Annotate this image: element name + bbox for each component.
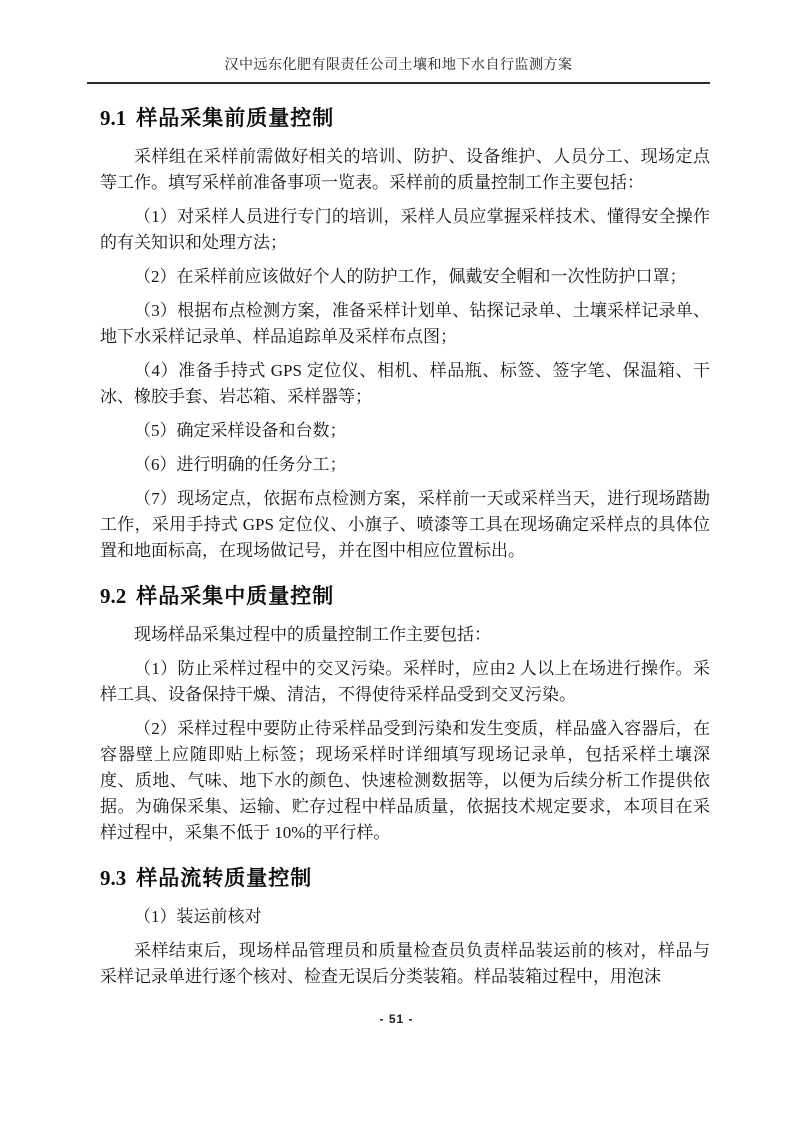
- paragraph: 采样组在采样前需做好相关的培训、防护、设备维护、人员分工、现场定点等工作。填写采…: [100, 144, 710, 196]
- section-heading-9-3: 9.3样品流转质量控制: [100, 863, 710, 894]
- section-title: 样品采集前质量控制: [136, 107, 334, 130]
- paragraph: （2）采样过程中要防止待采样品受到污染和发生变质，样品盛入容器后，在容器壁上应随…: [100, 716, 710, 846]
- section-title: 样品采集中质量控制: [136, 585, 334, 608]
- paragraph: 现场样品采集过程中的质量控制工作主要包括：: [100, 622, 710, 648]
- page-number: - 51 -: [379, 1012, 413, 1026]
- page-footer: - 51 -: [0, 1010, 793, 1028]
- header-title: 汉中远东化肥有限责任公司土壤和地下水自行监测方案: [87, 56, 710, 82]
- document-content: 9.1样品采集前质量控制 采样组在采样前需做好相关的培训、防护、设备维护、人员分…: [0, 84, 793, 990]
- section-heading-9-2: 9.2样品采集中质量控制: [100, 581, 710, 612]
- section-title: 样品流转质量控制: [136, 867, 312, 890]
- paragraph: （5）确定采样设备和台数；: [100, 418, 710, 444]
- section-number: 9.2: [100, 584, 126, 608]
- paragraph: （1）装运前核对: [100, 904, 710, 930]
- paragraph: （6）进行明确的任务分工；: [100, 452, 710, 478]
- paragraph: （7）现场定点，依据布点检测方案，采样前一天或采样当天，进行现场踏勘工作，采用手…: [100, 486, 710, 564]
- paragraph: 采样结束后，现场样品管理员和质量检查员负责样品装运前的核对，样品与采样记录单进行…: [100, 938, 710, 990]
- document-page: 汉中远东化肥有限责任公司土壤和地下水自行监测方案 9.1样品采集前质量控制 采样…: [0, 0, 793, 1122]
- paragraph: （4）准备手持式 GPS 定位仪、相机、样品瓶、标签、签字笔、保温箱、干冰、橡胶…: [100, 358, 710, 410]
- page-header: 汉中远东化肥有限责任公司土壤和地下水自行监测方案: [87, 0, 710, 84]
- paragraph: （1）防止采样过程中的交叉污染。采样时，应由2 人以上在场进行操作。采样工具、设…: [100, 656, 710, 708]
- paragraph: （1）对采样人员进行专门的培训，采样人员应掌握采样技术、懂得安全操作的有关知识和…: [100, 204, 710, 256]
- section-number: 9.1: [100, 106, 126, 130]
- paragraph: （2）在采样前应该做好个人的防护工作，佩戴安全帽和一次性防护口罩；: [100, 264, 710, 290]
- section-heading-9-1: 9.1样品采集前质量控制: [100, 103, 710, 134]
- paragraph: （3）根据布点检测方案，准备采样计划单、钻探记录单、土壤采样记录单、地下水采样记…: [100, 298, 710, 350]
- section-number: 9.3: [100, 866, 126, 890]
